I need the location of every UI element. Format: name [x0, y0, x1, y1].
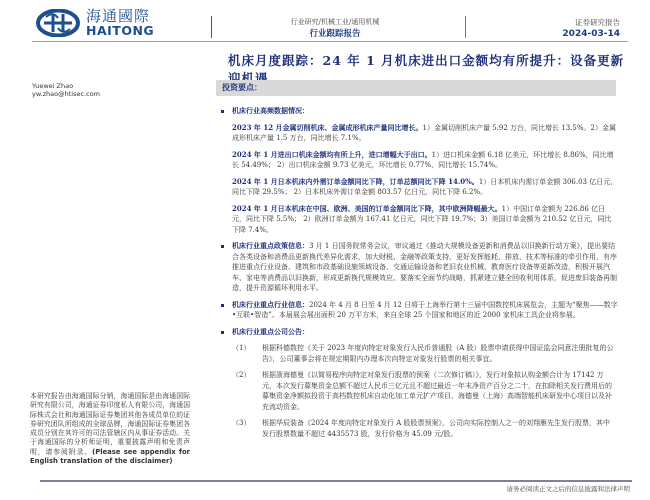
section-industry-info: 机床行业重点行业信息：2024 年 4 月 8 日至 4 月 12 日将于上海举…	[218, 300, 618, 321]
disclaimer-chinese: 本研究报告由海通国际分销，海通国际是由海通国际研究有限公司，海通证券印度私人有限…	[30, 392, 190, 456]
key-points-label: 投资要点：	[222, 82, 262, 93]
footer-rule	[40, 480, 632, 482]
author-email[interactable]: yw.zhao@htisec.com	[32, 90, 100, 98]
report-date: 2024-03-14	[520, 28, 620, 40]
company-notice: （3） 根据华辰装备《2024 年度向特定对象发行 A 股股票预案》，公司向实际…	[218, 418, 618, 439]
notice-text: 根据科德数控《关于 2023 年度向特定对象发行人民币普通股（A 股）股票申请获…	[262, 343, 618, 364]
key-points-bar: 投资要点：	[216, 80, 616, 96]
header-divider	[211, 16, 212, 38]
notice-text: 根据浙海德曼《以简易程序向特定对象发行股票的预案（二次修订稿）》，发行对象拟认购…	[262, 370, 618, 412]
notice-number: （2）	[232, 370, 262, 412]
logo-chinese-name: 海通國際	[86, 9, 154, 24]
data-point: 2024 年 1 月日本机床内外需订单金额同比下降，订单总额同比下降 14.0%…	[218, 177, 618, 198]
disclaimer: 本研究报告由海通国际分销，海通国际是由海通国际研究有限公司，海通证券印度私人有限…	[30, 392, 190, 466]
data-point-head: 2023 年 12 月金属切削机床、金属成形机床产量同比增长。	[232, 123, 423, 132]
section-policy-info: 机床行业重点政策信息：3 月 1 日国务院常务会议，审议通过《推动大规模设备更新…	[218, 241, 618, 294]
company-notice: （1） 根据科德数控《关于 2023 年度向特定对象发行人民币普通股（A 股）股…	[218, 343, 618, 364]
company-notice: （2） 根据浙海德曼《以简易程序向特定对象发行股票的预案（二次修订稿）》，发行对…	[218, 370, 618, 412]
data-point: 2024 年 1 月进出口机床金额均有所上升，进口增幅大于出口。1）进口机床金额…	[218, 150, 618, 171]
section-company-notices: 机床行业重点公司公告：	[218, 327, 618, 338]
footer-notice: 请务必阅读正文之后的信息披露和法律声明	[400, 484, 630, 493]
haitong-logo: 海通國際 HAITONG	[36, 9, 154, 38]
report-header: 海通國際 HAITONG 行业研究/机械工业/通用机械 行业跟踪报告 证券研究报…	[0, 0, 650, 42]
data-point: 2023 年 12 月金属切削机床、金属成形机床产量同比增长。1）金属切削机床产…	[218, 123, 618, 144]
report-type: 行业跟踪报告	[265, 28, 405, 40]
haitong-logo-icon	[36, 9, 80, 37]
notice-text: 根据华辰装备《2024 年度向特定对象发行 A 股股票预案》，公司向实际控制人之…	[262, 418, 618, 439]
section-heading: 机床行业重点政策信息：	[232, 241, 309, 250]
section-heading: 机床行业重点公司公告：	[232, 327, 309, 336]
data-point-head: 2024 年 1 月日本机床在中国、欧洲、美国的订单金额同比下降，其中欧洲降幅最…	[232, 204, 502, 213]
logo-english-name: HAITONG	[86, 25, 154, 38]
key-points-content: 机床行业高频数据情况： 2023 年 12 月金属切削机床、金属成形机床产量同比…	[218, 100, 618, 439]
section-heading: 机床行业高频数据情况：	[232, 106, 309, 115]
header-rule	[32, 41, 628, 42]
document-type: 证券研究报告	[520, 18, 620, 27]
data-point-head: 2024 年 1 月日本机床内外需订单金额同比下降，订单总额同比下降 14.0%…	[232, 177, 479, 186]
section-high-frequency-data: 机床行业高频数据情况：	[218, 106, 618, 117]
author-info: Yuewei Zhao yw.zhao@htisec.com	[32, 82, 100, 98]
header-divider	[465, 16, 466, 38]
author-name: Yuewei Zhao	[32, 82, 100, 90]
notice-number: （3）	[232, 418, 262, 439]
data-point: 2024 年 1 月日本机床在中国、欧洲、美国的订单金额同比下降，其中欧洲降幅最…	[218, 204, 618, 236]
notice-number: （1）	[232, 343, 262, 364]
report-category: 行业研究/机械工业/通用机械	[265, 18, 405, 27]
section-heading: 机床行业重点行业信息：	[232, 300, 309, 309]
data-point-head: 2024 年 1 月进出口机床金额均有所上升，进口增幅大于出口。	[232, 150, 432, 159]
